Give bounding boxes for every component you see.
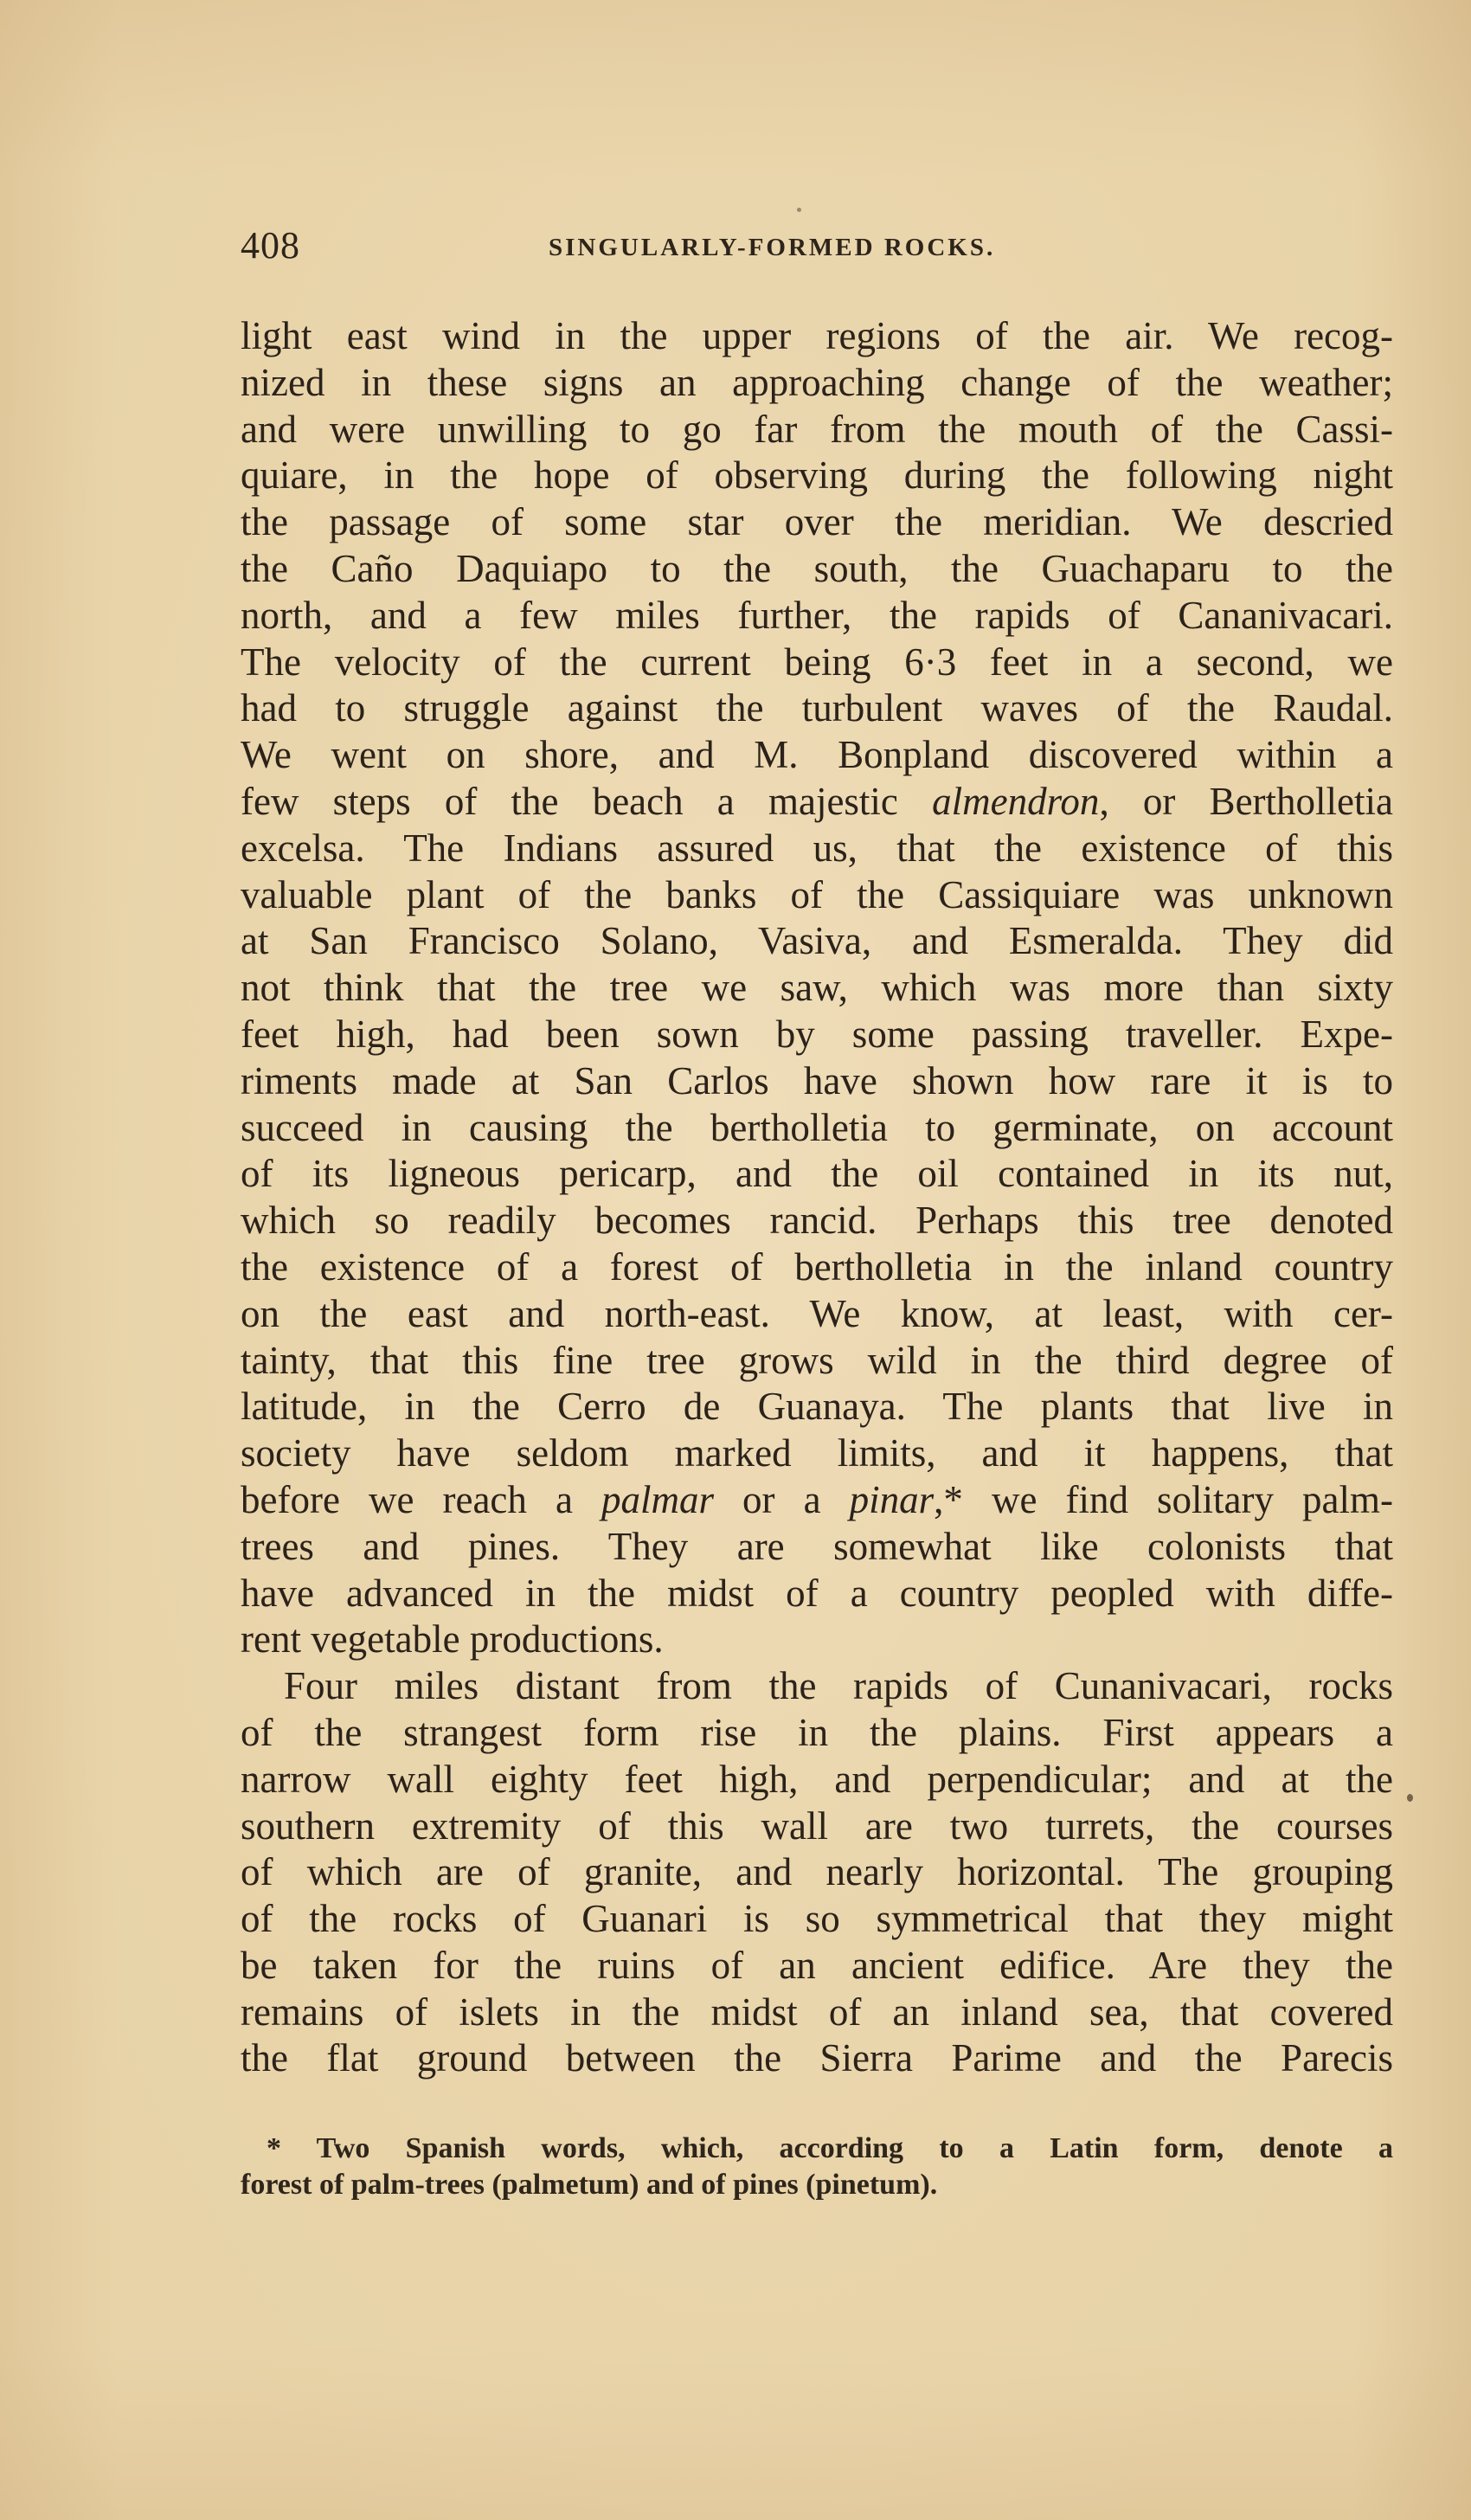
italic-term: almendron [932,780,1099,823]
print-speck [797,208,801,212]
text-line: few steps of the beach a majestic almend… [241,779,1393,826]
text-line: not think that the tree we saw, which wa… [241,965,1393,1012]
text-line: succeed in causing the bertholletia to g… [241,1105,1393,1152]
print-speck [1407,1794,1413,1802]
text-line: have advanced in the midst of a country … [241,1571,1393,1617]
text-line: had to struggle against the turbulent wa… [241,685,1393,732]
book-page: 408 SINGULARLY-FORMED ROCKS. light east … [0,0,1471,2520]
text-segment: , or Bertholletia [1099,780,1393,823]
italic-term: pinar [850,1478,935,1521]
text-line: valuable plant of the banks of the Cassi… [241,872,1393,919]
page-number: 408 [241,227,300,265]
text-line: quiare, in the hope of observing during … [241,453,1393,499]
text-line: the Caño Daquiapo to the south, the Guac… [241,546,1393,593]
text-line: riments made at San Carlos have shown ho… [241,1058,1393,1105]
text-line: tainty, that this fine tree grows wild i… [241,1338,1393,1385]
text-segment: or a [714,1478,850,1521]
text-line: north, and a few miles further, the rapi… [241,593,1393,640]
footnote-reference: ,* we find solitary palm- [934,1478,1393,1521]
footnote-line: forest of palm-trees (palmetum) and of p… [241,2167,1393,2203]
text-line: the passage of some star over the meridi… [241,499,1393,546]
text-line: of its ligneous pericarp, and the oil co… [241,1151,1393,1198]
body-text: light east wind in the upper regions of … [241,313,1393,2082]
running-head: 408 SINGULARLY-FORMED ROCKS. [241,227,1393,265]
text-line: trees and pines. They are somewhat like … [241,1524,1393,1571]
text-line: feet high, had been sown by some passing… [241,1012,1393,1058]
italic-term: palmar [601,1478,714,1521]
chapter-header-title: SINGULARLY-FORMED ROCKS. [549,234,995,261]
text-line: the existence of a forest of bertholleti… [241,1244,1393,1291]
text-line: latitude, in the Cerro de Guanaya. The p… [241,1384,1393,1430]
footnote: * Two Spanish words, which, according to… [241,2131,1393,2203]
text-line: which so readily becomes rancid. Perhaps… [241,1198,1393,1244]
footnote-line: * Two Spanish words, which, according to… [241,2131,1393,2167]
text-line: light east wind in the upper regions of … [241,313,1393,360]
text-line: on the east and north-east. We know, at … [241,1291,1393,1338]
text-line: We went on shore, and M. Bonpland discov… [241,732,1393,779]
text-line: remains of islets in the midst of an inl… [241,1990,1393,2036]
text-line: be taken for the ruins of an ancient edi… [241,1943,1393,1990]
text-line: and were unwilling to go far from the mo… [241,407,1393,453]
text-line: nized in these signs an approaching chan… [241,360,1393,407]
text-line: of the rocks of Guanari is so symmetrica… [241,1896,1393,1943]
text-segment: before we reach a [241,1478,601,1521]
text-line: of which are of granite, and nearly hori… [241,1849,1393,1896]
text-line: of the strangest form rise in the plains… [241,1710,1393,1757]
text-line: before we reach a palmar or a pinar,* we… [241,1477,1393,1524]
text-segment: few steps of the beach a majestic [241,780,932,823]
text-line-paragraph-end: rent vegetable productions. [241,1617,1393,1663]
text-line: the flat ground between the Sierra Parim… [241,2035,1393,2082]
text-line: at San Francisco Solano, Vasiva, and Esm… [241,918,1393,965]
text-line: society have seldom marked limits, and i… [241,1430,1393,1477]
text-line: excelsa. The Indians assured us, that th… [241,826,1393,872]
text-line: narrow wall eighty feet high, and perpen… [241,1757,1393,1803]
text-line-paragraph-start: Four miles distant from the rapids of Cu… [241,1663,1393,1710]
text-line: southern extremity of this wall are two … [241,1803,1393,1850]
text-line: The velocity of the current being 6·3 fe… [241,640,1393,686]
